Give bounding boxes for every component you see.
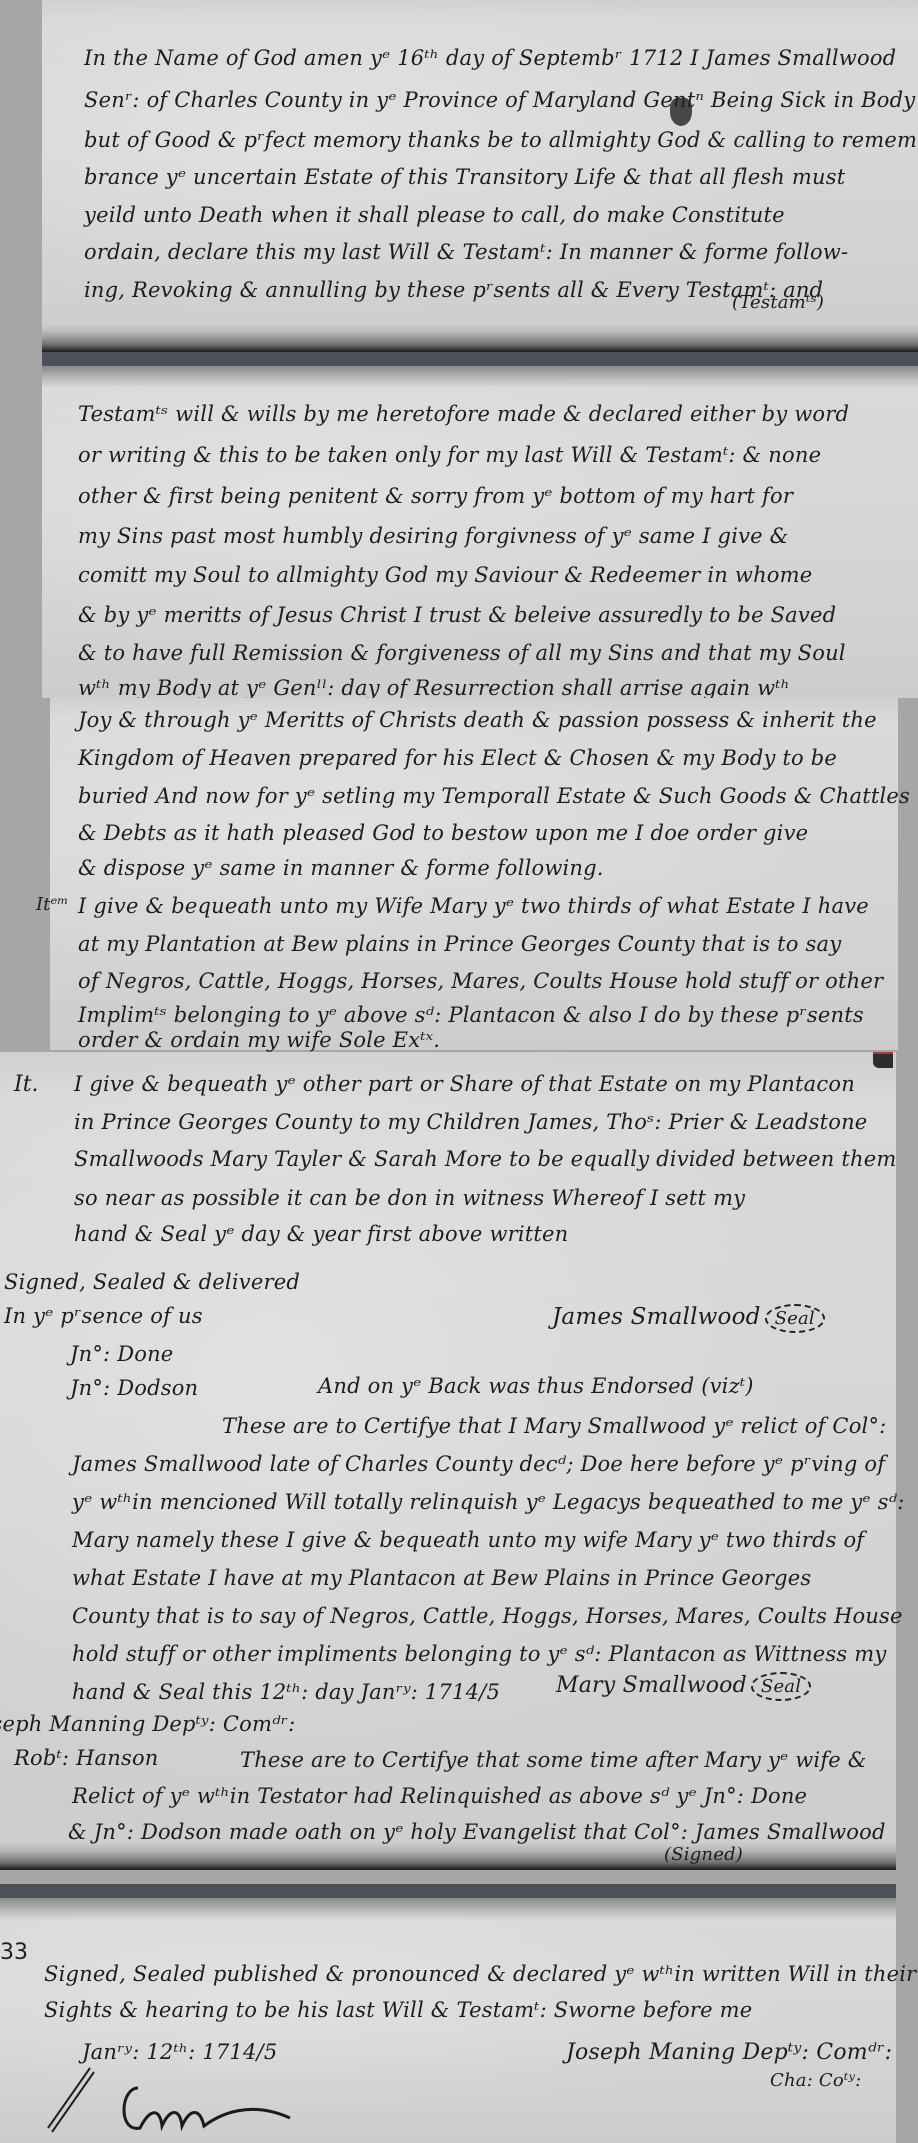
will-line: Smallwoods Mary Tayler & Sarah More to b… bbox=[74, 1147, 897, 1171]
will-line: Implimᵗˢ belonging to yᵉ above sᵈ: Plant… bbox=[78, 1003, 864, 1027]
will-line: Senʳ: of Charles County in yᵉ Province o… bbox=[84, 88, 915, 112]
will-line: buried And now for yᵉ setling my Tempora… bbox=[78, 784, 910, 808]
will-line: in Prince Georges County to my Children … bbox=[74, 1110, 867, 1134]
will-line: brance yᵉ uncertain Estate of this Trans… bbox=[84, 165, 845, 189]
will-line: of Negros, Cattle, Hoggs, Horses, Mares,… bbox=[78, 969, 883, 993]
pen-flourish-icon bbox=[20, 2048, 320, 2143]
witness-name: Jn°: Done bbox=[70, 1342, 173, 1366]
relinquish-line: hold stuff or other impliments belonging… bbox=[72, 1642, 886, 1666]
relinquish-line: what Estate I have at my Plantacon at Be… bbox=[72, 1566, 811, 1590]
will-line: wᵗʰ my Body at yᵉ Genˡˡ: day of Resurrec… bbox=[78, 676, 790, 700]
margin-mark-item: It. bbox=[14, 1072, 39, 1097]
will-line: & Debts as it hath pleased God to bestow… bbox=[78, 821, 808, 845]
strip-shadow-edge bbox=[0, 1842, 896, 1870]
signature-name: Mary Smallwood bbox=[556, 1673, 747, 1698]
will-line: my Sins past most humbly desiring forgiv… bbox=[78, 524, 789, 548]
will-line: & to have full Remission & forgiveness o… bbox=[78, 641, 846, 665]
will-line: so near as possible it can be don in wit… bbox=[74, 1186, 745, 1210]
will-line: Kingdom of Heaven prepared for his Elect… bbox=[78, 746, 837, 770]
witness-subheading: In yᵉ pʳsence of us bbox=[4, 1304, 203, 1328]
relinquish-line: Mary namely these I give & bequeath unto… bbox=[72, 1528, 864, 1552]
relinquish-line: yᵉ wᵗʰin mencioned Will totally relinqui… bbox=[72, 1490, 905, 1514]
scan-marker bbox=[873, 1052, 893, 1068]
ink-blot bbox=[670, 98, 692, 126]
will-line: but of Good & pʳfect memory thanks be to… bbox=[84, 128, 918, 152]
attestation-line: Sights & hearing to be his last Will & T… bbox=[44, 1998, 752, 2022]
will-line: In the Name of God amen yᵉ 16ᵗʰ day of S… bbox=[84, 46, 896, 70]
will-line: at my Plantation at Bew plains in Prince… bbox=[78, 932, 841, 956]
relinquish-line: James Smallwood late of Charles County d… bbox=[72, 1452, 885, 1476]
manuscript-strip-4: It. I give & bequeath yᵉ other part or S… bbox=[0, 1052, 896, 1870]
relinquish-line: hand & Seal this 12ᵗʰ: day Janʳʸ: 1714/5 bbox=[72, 1680, 500, 1704]
attestation-line: Signed, Sealed published & pronounced & … bbox=[44, 1962, 916, 1986]
testator-signature: James SmallwoodSeal bbox=[552, 1304, 825, 1333]
mary-signature: Mary SmallwoodSeal bbox=[556, 1672, 811, 1701]
witness-name: Jn°: Dodson bbox=[70, 1376, 198, 1400]
will-line: ing, Revoking & annulling by these pʳsen… bbox=[84, 278, 823, 302]
will-line: order & ordain my wife Sole Exᵗˣ. bbox=[78, 1028, 440, 1052]
strip-shadow-edge bbox=[0, 1898, 896, 1920]
witness-heading: Signed, Sealed & delivered bbox=[4, 1270, 300, 1294]
strip-separator bbox=[0, 1884, 896, 1898]
will-line: & dispose yᵉ same in manner & forme foll… bbox=[78, 856, 604, 880]
will-line: Joy & through yᵉ Meritts of Christs deat… bbox=[78, 708, 877, 732]
page-number: 33 bbox=[0, 1940, 28, 1965]
commissioner-signature: Joseph Maning Depᵗʸ: Comᵈʳ: bbox=[566, 2040, 892, 2065]
commissioner-witness: Robᵗ: Hanson bbox=[14, 1746, 159, 1770]
will-line: ordain, declare this my last Will & Test… bbox=[84, 240, 848, 264]
manuscript-strip-5: 33 Signed, Sealed published & pronounced… bbox=[0, 1898, 896, 2143]
relinquish-line: These are to Certifye that I Mary Smallw… bbox=[222, 1414, 886, 1438]
strip-shadow-edge bbox=[42, 324, 918, 352]
catchword: (Testamᵗˢ) bbox=[732, 292, 824, 313]
will-line: other & first being penitent & sorry fro… bbox=[78, 484, 793, 508]
manuscript-strip-3: Joy & through yᵉ Meritts of Christs deat… bbox=[50, 698, 898, 1050]
will-line: I give & bequeath yᵉ other part or Share… bbox=[74, 1072, 855, 1096]
will-line: hand & Seal yᵉ day & year first above wr… bbox=[74, 1222, 568, 1246]
manuscript-strip-2: Testamᵗˢ will & wills by me heretofore m… bbox=[42, 366, 918, 698]
will-line: yeild unto Death when it shall please to… bbox=[84, 203, 785, 227]
oath-line: Relict of yᵉ wᵗʰin Testator had Relinqui… bbox=[72, 1784, 807, 1808]
oath-line: & Jn°: Dodson made oath on yᵉ holy Evang… bbox=[68, 1820, 886, 1844]
seal-icon: Seal bbox=[765, 1304, 825, 1333]
commissioner-witness: Joseph Manning Depᵗʸ: Comᵈʳ: bbox=[0, 1712, 295, 1736]
seal-icon: Seal bbox=[751, 1672, 811, 1701]
endorsement-intro: And on yᵉ Back was thus Endorsed (vizᵗ) bbox=[318, 1374, 754, 1398]
will-line: Testamᵗˢ will & wills by me heretofore m… bbox=[78, 402, 849, 426]
strip-shadow-edge bbox=[42, 366, 918, 388]
will-line: & by yᵉ meritts of Jesus Christ I trust … bbox=[78, 603, 836, 627]
strip-separator bbox=[42, 352, 918, 366]
will-line: I give & bequeath unto my Wife Mary yᵉ t… bbox=[78, 894, 869, 918]
commissioner-county: Cha: Coᵗʸ: bbox=[770, 2070, 861, 2091]
relinquish-line: County that is to say of Negros, Cattle,… bbox=[72, 1604, 903, 1628]
will-line: comitt my Soul to allmighty God my Savio… bbox=[78, 563, 812, 587]
margin-mark-item: Itᵉᵐ bbox=[36, 894, 68, 915]
will-line: or writing & this to be taken only for m… bbox=[78, 443, 821, 467]
signature-name: James Smallwood bbox=[552, 1304, 761, 1330]
manuscript-strip-1: In the Name of God amen yᵉ 16ᵗʰ day of S… bbox=[42, 0, 918, 352]
catchword: (Signed) bbox=[664, 1844, 743, 1865]
oath-line: These are to Certifye that some time aft… bbox=[240, 1748, 867, 1772]
